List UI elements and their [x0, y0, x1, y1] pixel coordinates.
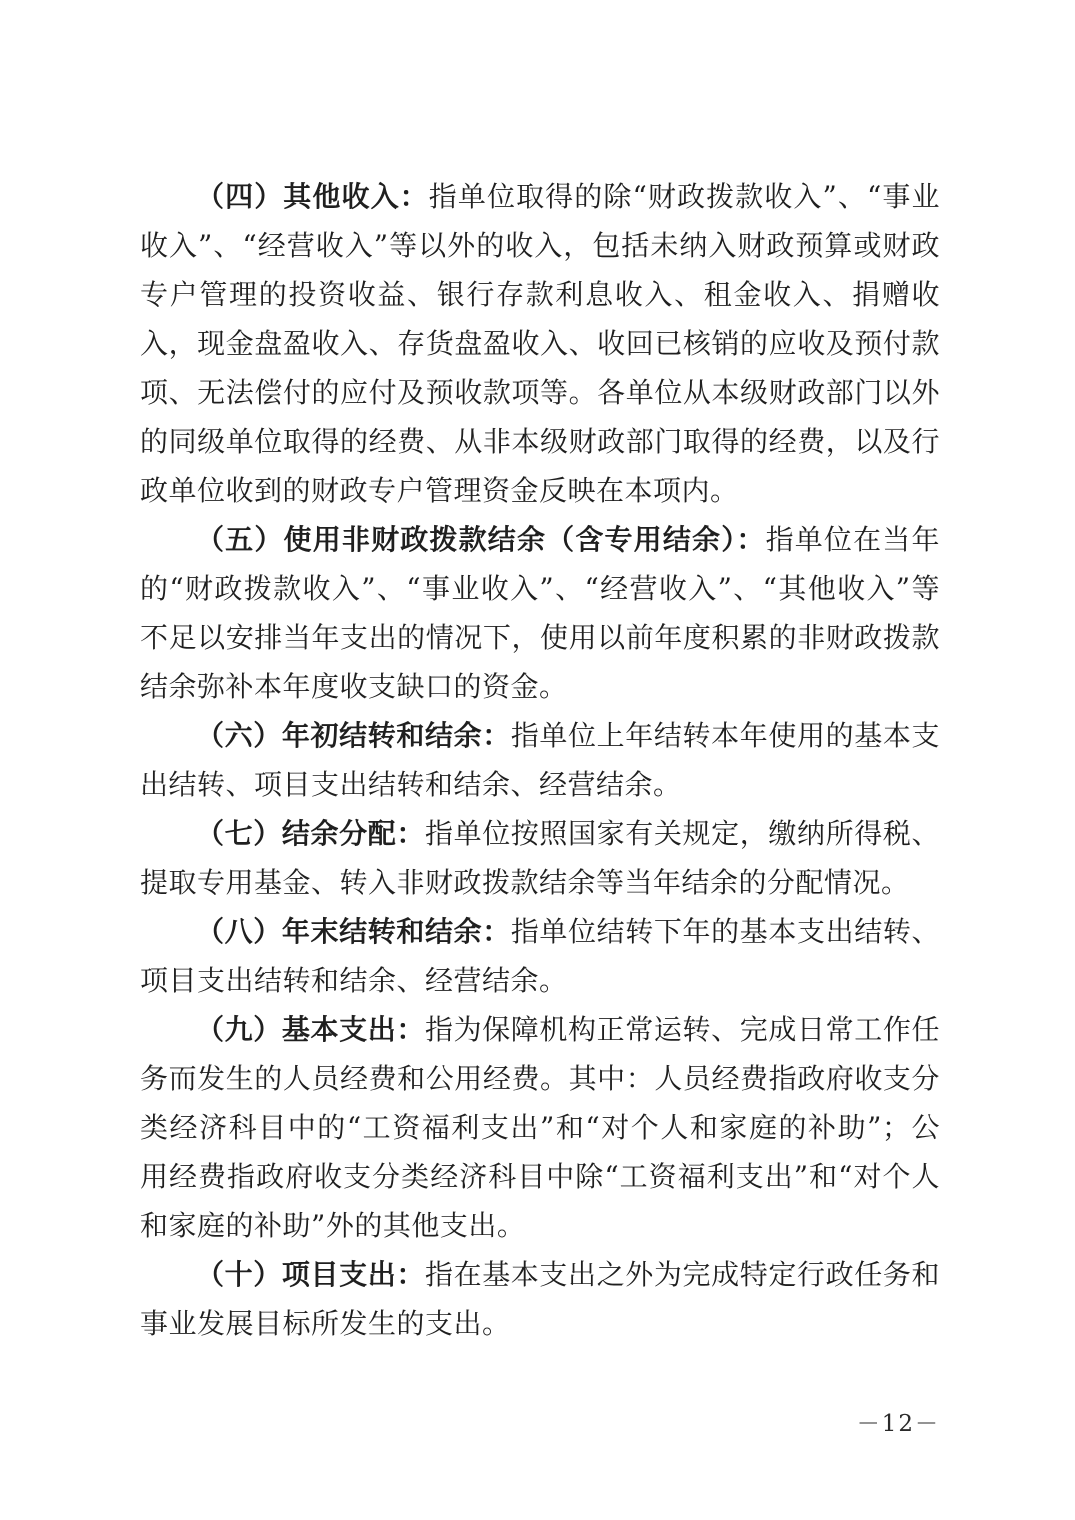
paragraph-item-8: （八）年末结转和结余：指单位结转下年的基本支出结转、项目支出结转和结余、经营结余… [140, 907, 940, 1005]
paragraph-text: 指为保障机构正常运转、完成日常工作任务而发生的人员经费和公用经费。其中：人员经费… [140, 1013, 940, 1242]
paragraph-heading: （九）基本支出： [196, 1013, 425, 1046]
paragraph-item-9: （九）基本支出：指为保障机构正常运转、完成日常工作任务而发生的人员经费和公用经费… [140, 1005, 940, 1250]
paragraph-heading: （六）年初结转和结余： [196, 719, 511, 752]
paragraph-heading: （四）其他收入： [196, 180, 429, 213]
paragraph-item-4: （四）其他收入：指单位取得的除“财政拨款收入”、“事业收入”、“经营收入”等以外… [140, 172, 940, 515]
page-number: －12－ [140, 1405, 940, 1438]
paragraph-heading: （八）年末结转和结余： [196, 915, 511, 948]
paragraph-text: 指单位取得的除“财政拨款收入”、“事业收入”、“经营收入”等以外的收入，包括未纳… [140, 180, 940, 507]
document-body: （四）其他收入：指单位取得的除“财政拨款收入”、“事业收入”、“经营收入”等以外… [140, 172, 940, 1348]
paragraph-heading: （五）使用非财政拨款结余（含专用结余）： [196, 523, 766, 556]
paragraph-heading: （七）结余分配： [196, 817, 425, 850]
paragraph-heading: （十）项目支出： [196, 1258, 425, 1291]
paragraph-item-5: （五）使用非财政拨款结余（含专用结余）：指单位在当年的“财政拨款收入”、“事业收… [140, 515, 940, 711]
paragraph-item-7: （七）结余分配：指单位按照国家有关规定，缴纳所得税、提取专用基金、转入非财政拨款… [140, 809, 940, 907]
paragraph-item-10: （十）项目支出：指在基本支出之外为完成特定行政任务和事业发展目标所发生的支出。 [140, 1250, 940, 1348]
paragraph-item-6: （六）年初结转和结余：指单位上年结转本年使用的基本支出结转、项目支出结转和结余、… [140, 711, 940, 809]
document-page: （四）其他收入：指单位取得的除“财政拨款收入”、“事业收入”、“经营收入”等以外… [0, 0, 1075, 1520]
